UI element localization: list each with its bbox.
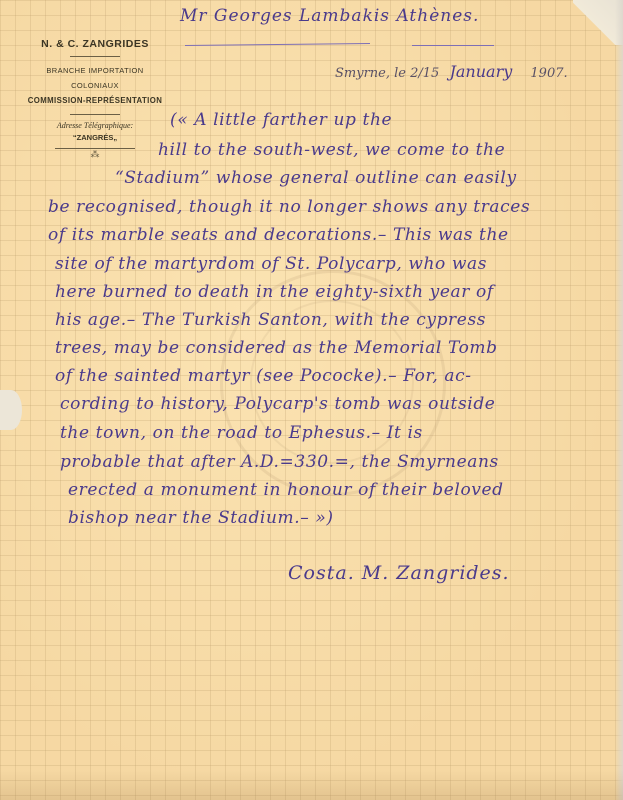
body-line: bishop near the Stadium.– ») xyxy=(68,508,334,528)
letterhead-line: COMMISSION-REPRÉSENTATION xyxy=(10,93,180,108)
day: 2/15 xyxy=(410,66,439,81)
telegraph-code: “ZANGRÉS„ xyxy=(10,133,180,142)
letterhead-line: COLONIAUX xyxy=(10,78,180,93)
paper-edge xyxy=(615,0,623,800)
underline xyxy=(185,43,370,46)
paper-shadow xyxy=(0,770,623,800)
company-name: N. & C. ZANGRIDES xyxy=(10,38,180,50)
body-line: probable that after A.D.=330.=, the Smyr… xyxy=(60,452,499,472)
body-line: (« A little farther up the xyxy=(170,110,392,130)
body-line: trees, may be considered as the Memorial… xyxy=(55,338,498,358)
signature: Costa. M. Zangrides. xyxy=(288,562,510,584)
telegraph-label: Adresse Télégraphique: xyxy=(10,121,180,130)
body-line: site of the martyrdom of St. Polycarp, w… xyxy=(55,254,487,274)
body-line: be recognised, though it no longer shows… xyxy=(48,197,530,217)
body-line: of its marble seats and decorations.– Th… xyxy=(48,225,509,245)
year: 1907. xyxy=(530,66,567,81)
body-line: of the sainted martyr (see Pococke).– Fo… xyxy=(55,366,472,386)
divider xyxy=(70,114,120,115)
body-line: his age.– The Turkish Santon, with the c… xyxy=(55,310,486,330)
underline xyxy=(412,45,494,46)
place-date: Smyrne, le 2/15 January 1907. xyxy=(335,62,568,81)
letterhead: N. & C. ZANGRIDES BRANCHE IMPORTATION CO… xyxy=(10,30,180,159)
body-line: the town, on the road to Ephesus.– It is xyxy=(60,423,423,443)
place: Smyrne, le xyxy=(335,66,406,81)
body-line: erected a monument in honour of their be… xyxy=(68,480,504,500)
body-line: here burned to death in the eighty-sixth… xyxy=(55,282,494,302)
month: January xyxy=(449,62,512,81)
letterhead-line: BRANCHE IMPORTATION xyxy=(10,63,180,78)
letter-page: N. & C. ZANGRIDES BRANCHE IMPORTATION CO… xyxy=(0,0,623,800)
ornament-icon: ⁂ xyxy=(55,148,135,159)
divider xyxy=(70,56,120,57)
body-line: cording to history, Polycarp's tomb was … xyxy=(60,394,495,414)
addressee: Mr Georges Lambakis Athènes. xyxy=(180,6,479,26)
body-line: “Stadium” whose general outline can easi… xyxy=(115,168,517,188)
body-line: hill to the south-west, we come to the xyxy=(158,140,505,160)
torn-edge xyxy=(0,390,22,430)
